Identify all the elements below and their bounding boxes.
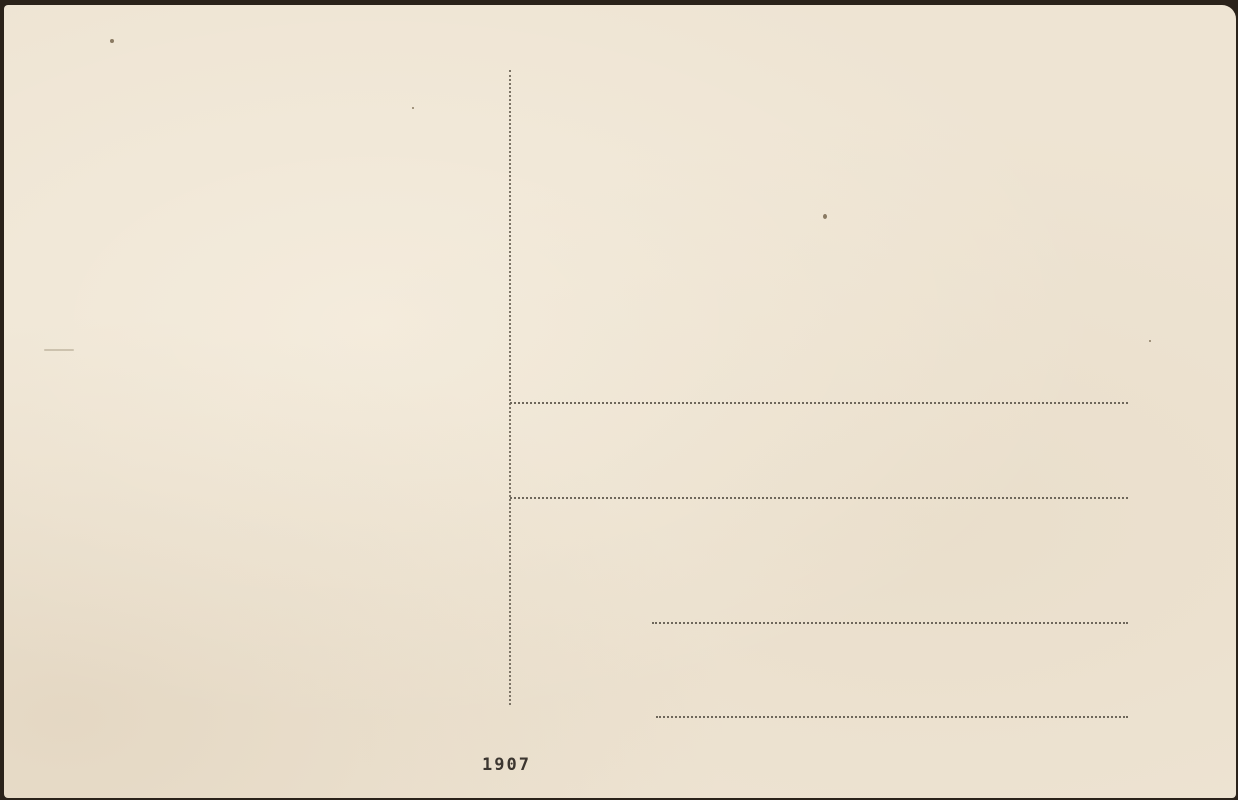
- address-line-1: [510, 402, 1128, 404]
- paper-speck: [412, 107, 414, 109]
- paper-speck: [1149, 340, 1151, 342]
- paper-speck: [823, 214, 827, 219]
- paper-speck: [44, 349, 74, 351]
- printed-year: 1907: [482, 755, 531, 775]
- paper-speck: [110, 39, 114, 43]
- address-line-4: [656, 716, 1128, 718]
- message-address-divider: [509, 70, 511, 705]
- address-line-3: [652, 622, 1128, 624]
- postcard-back: 1907: [4, 5, 1236, 798]
- address-line-2: [510, 497, 1128, 499]
